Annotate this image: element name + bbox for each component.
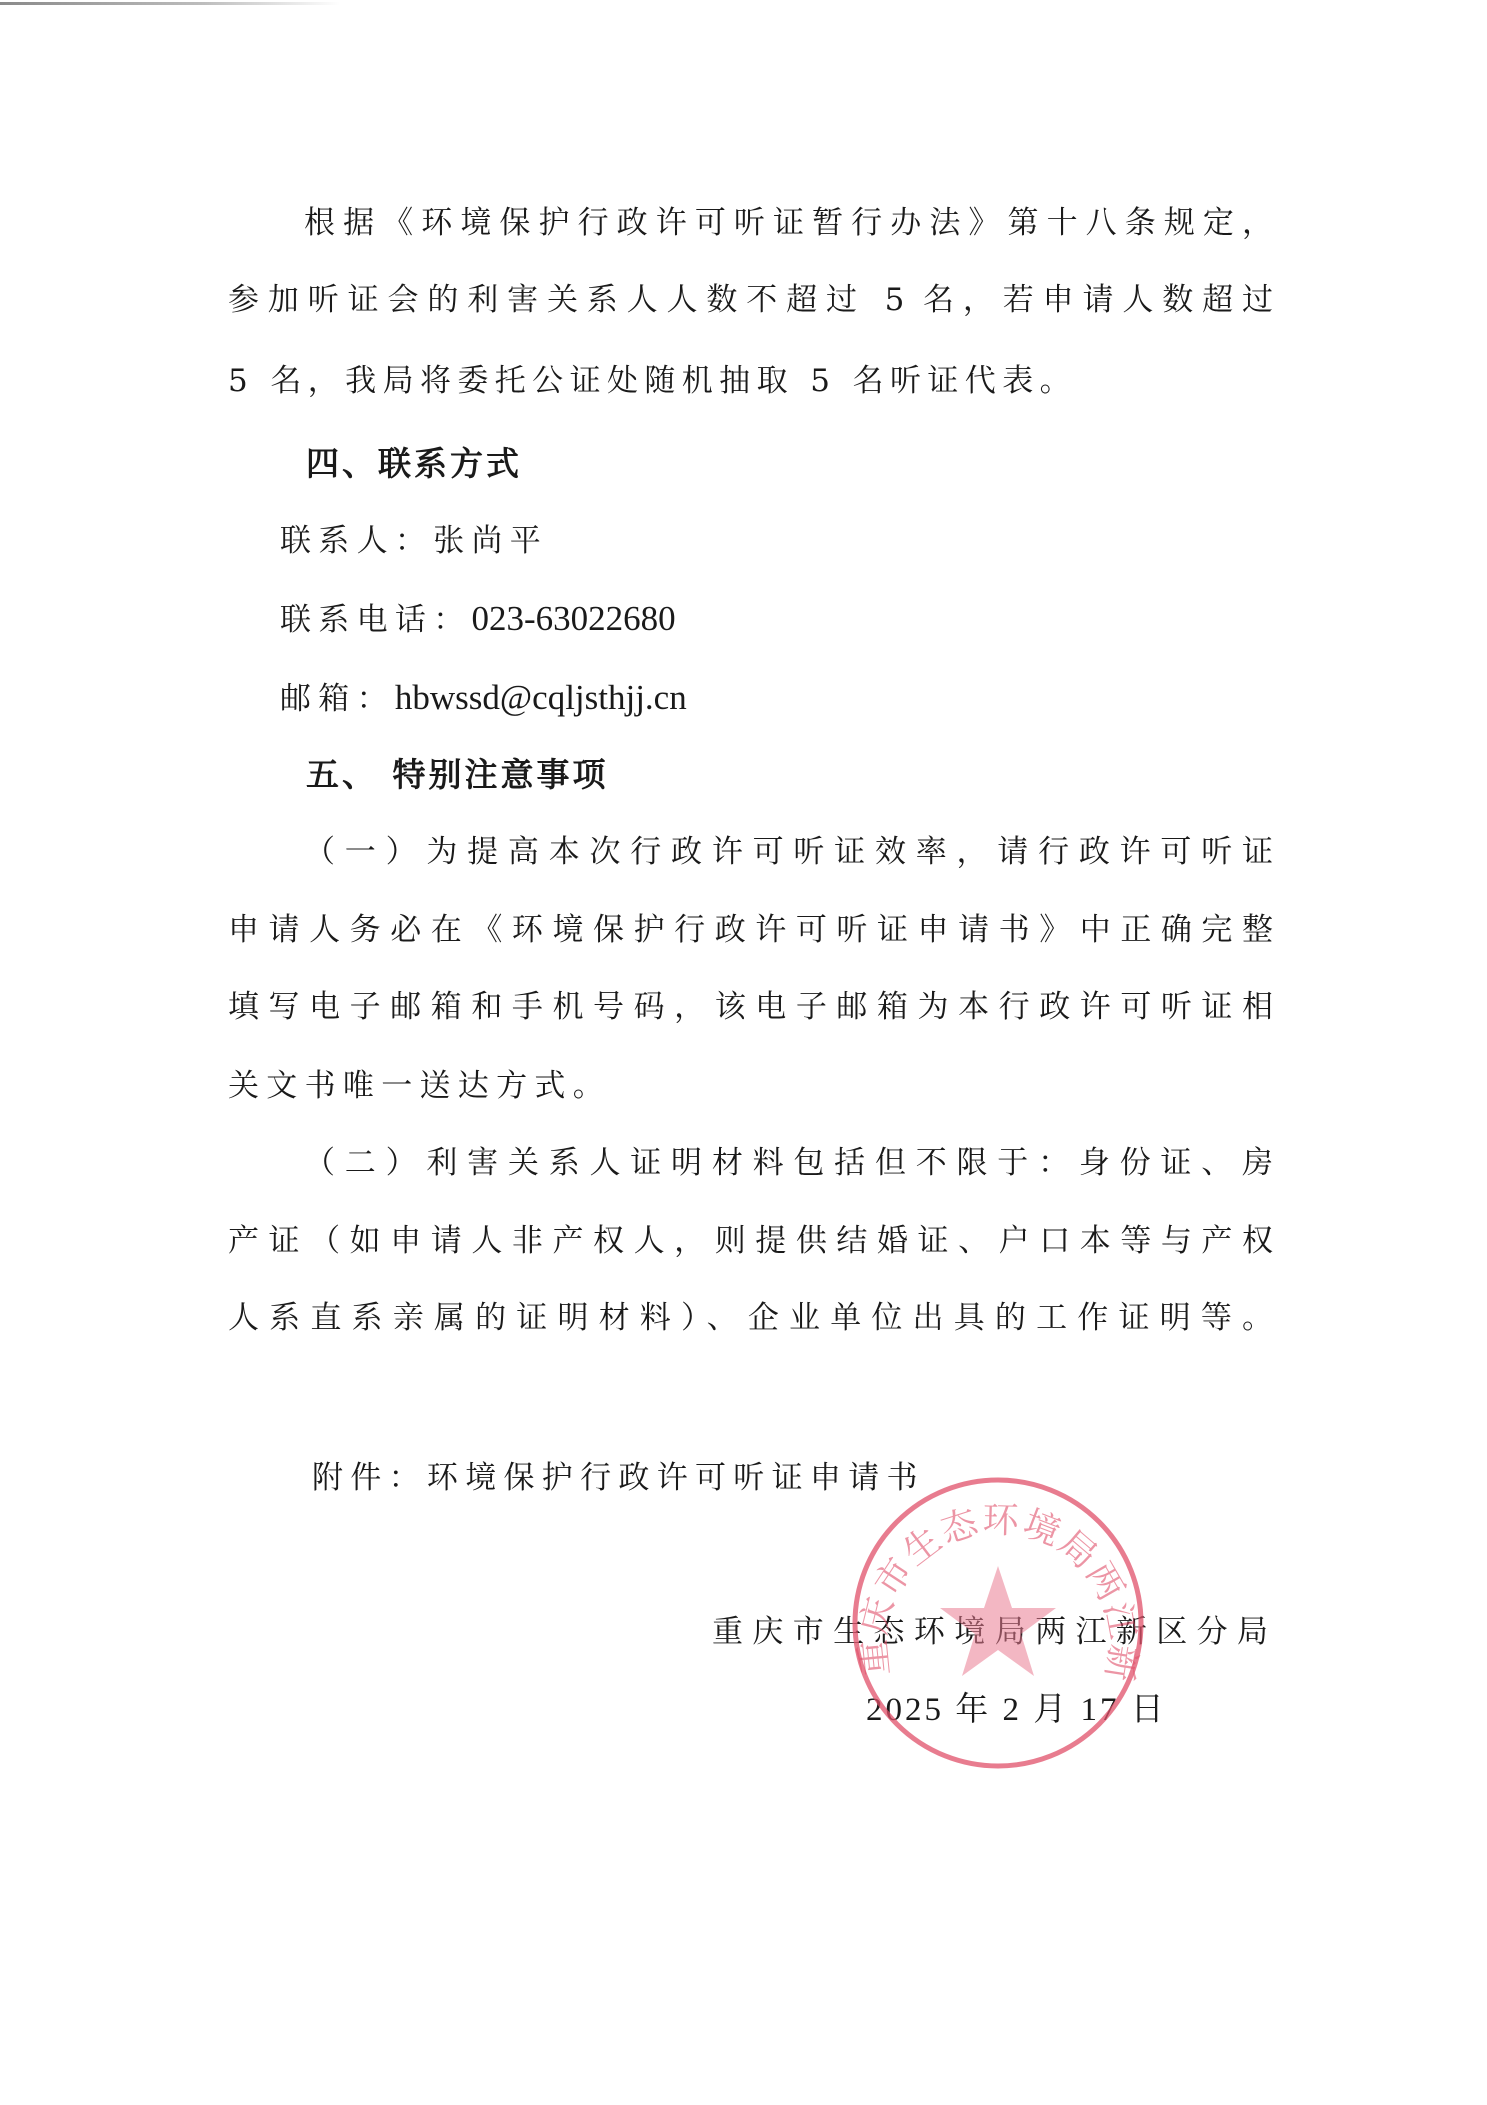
note-2-line-2: 产证（如申请人非产权人，则提供结婚证、户口本等与产权 (228, 1221, 1273, 1261)
signature-date: 2025 年 2 月 17 日 (866, 1690, 1167, 1730)
scan-artifact-line (0, 2, 340, 5)
note-1-line-4: 关文书唯一送达方式。 (228, 1066, 611, 1106)
signature-date-text: 2025 年 2 月 17 日 (866, 1692, 1167, 1728)
rule-paragraph-line-1: 根据《环境保护行政许可听证暂行办法》第十八条规定， (304, 203, 1273, 243)
rule-paragraph-line-2: 参加听证会的利害关系人人数不超过 5 名，若申请人数超过 (228, 280, 1273, 320)
signature-organization: 重庆市生态环境局两江新区分局 (712, 1612, 1268, 1652)
note-2-line-3: 人系直系亲属的证明材料）、企业单位出具的工作证明等。 (228, 1298, 1273, 1338)
note-1-line-2: 申请人务必在《环境保护行政许可听证申请书》中正确完整 (228, 910, 1273, 950)
note-1-line-1: （一）为提高本次行政许可听证效率，请行政许可听证 (304, 832, 1273, 872)
note-1-line-3: 填写电子邮箱和手机号码，该电子邮箱为本行政许可听证相 (228, 987, 1273, 1027)
section-contact-heading: 四、联系方式 (306, 444, 522, 484)
seal-text: 重庆市生态环境局两江新区分局 (850, 1474, 1143, 1686)
contact-phone-label: 联系电话： (280, 602, 472, 638)
rule-paragraph-line-3: 5 名，我局将委托公证处随机抽取 5 名听证代表。 (228, 361, 1077, 401)
contact-phone-row: 联系电话：023-63022680 (280, 599, 676, 640)
attachment-name[interactable]: 环境保护行政许可听证申请书 (427, 1460, 925, 1496)
attachment-row: 附件：环境保护行政许可听证申请书 (312, 1458, 925, 1498)
contact-email-row: 邮箱：hbwssd@cqljsthjj.cn (280, 678, 687, 719)
section-notes-heading: 五、 特别注意事项 (306, 755, 609, 795)
contact-email-label: 邮箱： (280, 681, 395, 717)
attachment-label: 附件： (312, 1460, 427, 1496)
contact-email-address: hbwssd@cqljsthjj.cn (395, 678, 687, 717)
contact-person-name: 张尚平 (433, 523, 548, 559)
svg-text:重庆市生态环境局两江新区分局: 重庆市生态环境局两江新区分局 (850, 1474, 1143, 1686)
contact-person-label: 联系人： (280, 523, 433, 559)
contact-person-row: 联系人：张尚平 (280, 521, 548, 561)
note-2-line-1: （二）利害关系人证明材料包括但不限于：身份证、房 (304, 1143, 1273, 1183)
contact-phone-number: 023-63022680 (472, 599, 676, 638)
